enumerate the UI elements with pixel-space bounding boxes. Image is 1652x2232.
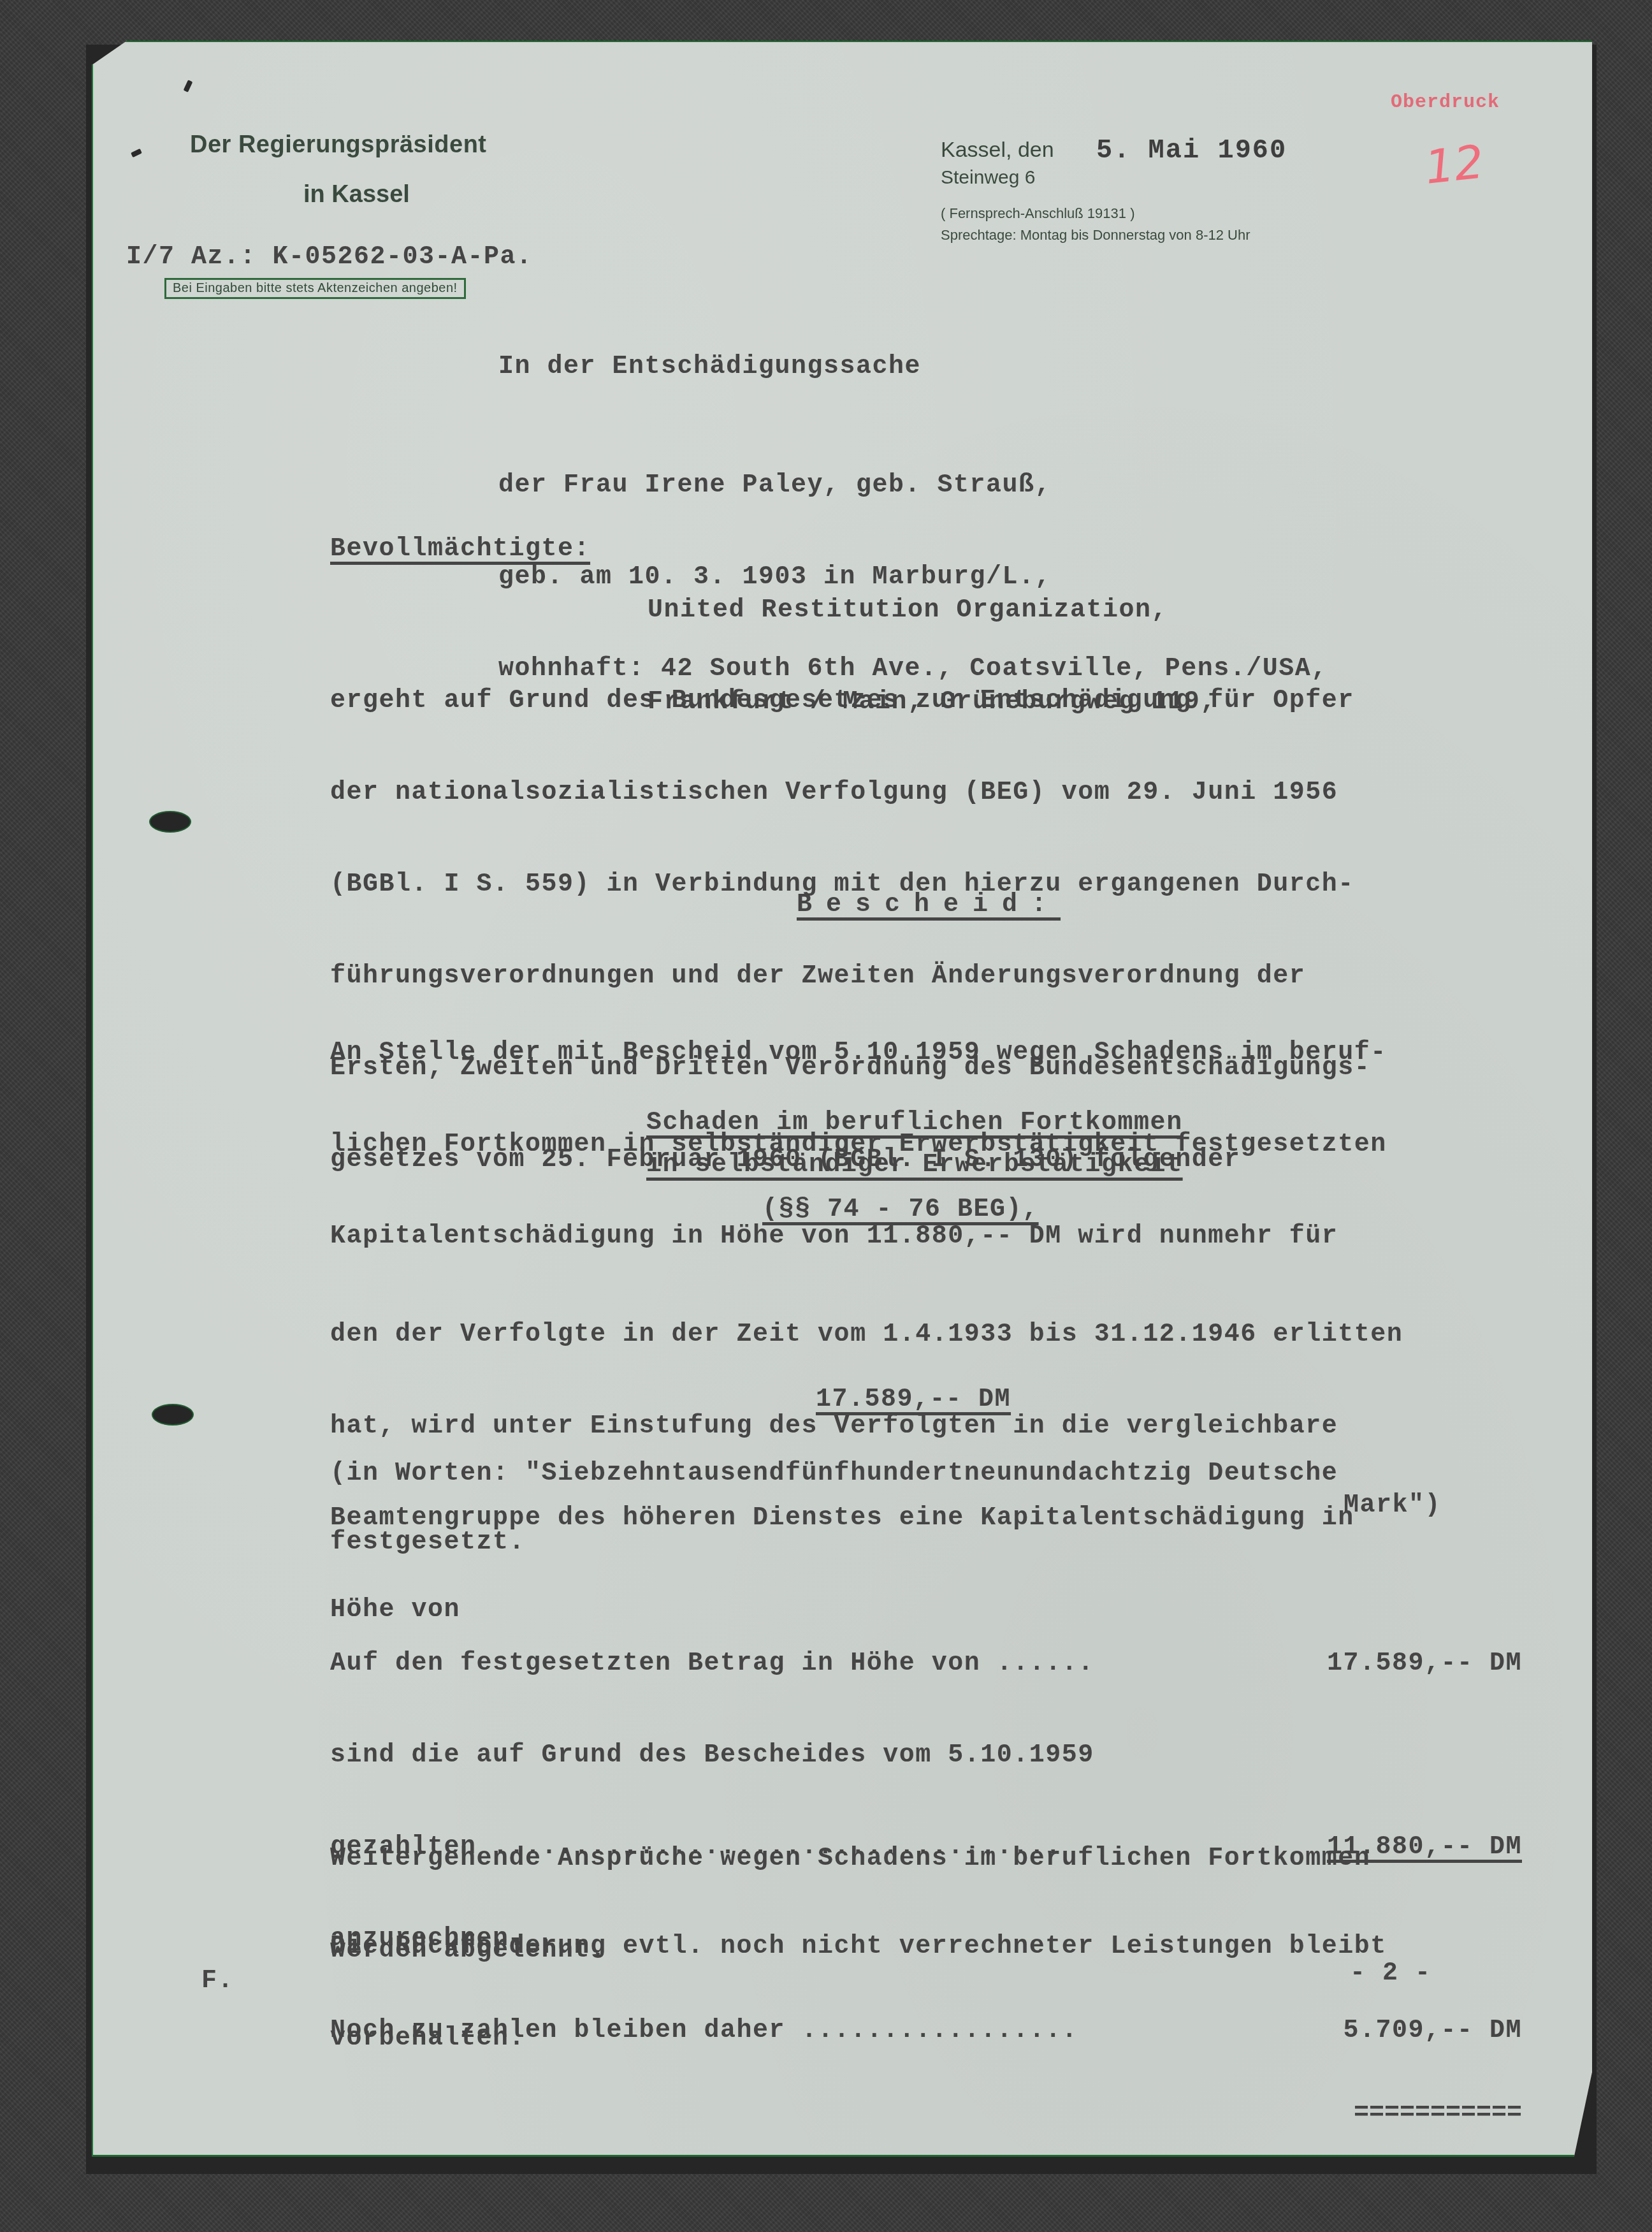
amount-in-words: (in Worten: "Siebzehntausendfünfhundertn…: [330, 1459, 1338, 1489]
pen-mark: [184, 80, 193, 92]
calc-amount-total: 17.589,-- DM: [1305, 1649, 1522, 1679]
paragraph-line: Die Rückforderung evtl. noch nicht verre…: [330, 1932, 1387, 1962]
street-address: Steinweg 6: [941, 167, 1035, 189]
authority-name: Der Regierungspräsident: [190, 131, 487, 159]
preamble-line: der nationalsozialistischen Verfolgung (…: [330, 778, 1370, 808]
page-marker: - 2 -: [1350, 1958, 1431, 1989]
calc-row-label: sind die auf Grund des Bescheides vom 5.…: [330, 1740, 1094, 1771]
calc-amount-blank: [1305, 1740, 1522, 1771]
office-hours: Sprechtage: Montag bis Donnerstag von 8-…: [941, 227, 1250, 244]
pen-mark: [131, 149, 142, 157]
folio-number: 12: [1423, 135, 1486, 194]
preamble-line: ergeht auf Grund des Bundesgesetzes zur …: [330, 686, 1370, 717]
document-date: 5. Mai 1960: [1096, 135, 1287, 166]
decision-intro-line: An Stelle der mit Bescheid vom 5.10.1959…: [330, 1038, 1387, 1069]
stamp-oberdruck: Oberdruck: [1391, 92, 1500, 113]
paragraph-line: vorbehalten.: [330, 2024, 1387, 2054]
awarded-amount: 17.589,-- DM: [816, 1385, 1011, 1415]
document-page: Der Regierungspräsident in Kassel Kassel…: [92, 41, 1592, 2157]
case-intro: In der Entschädigungssache: [498, 352, 921, 383]
calc-row-label: Auf den festgesetzten Betrag in Höhe von…: [330, 1649, 1094, 1679]
subject-line-3: (§§ 74 - 76 BEG),: [762, 1195, 1039, 1225]
file-reference: I/7 Az.: K-05262-03-A-Pa.: [126, 242, 533, 273]
representative-line: United Restitution Organization,: [648, 595, 1217, 626]
decision-heading: Bescheid:: [797, 890, 1061, 921]
place-label: Kassel, den: [941, 138, 1054, 163]
reference-note: Bei Eingaben bitte stets Aktenzeichen an…: [164, 278, 466, 299]
paragraph-line: Weitergehende Ansprüche wegen Schadens i…: [330, 1844, 1370, 1874]
reclaim-paragraph: Die Rückforderung evtl. noch nicht verre…: [330, 1871, 1387, 2115]
punch-hole: [149, 811, 191, 833]
amount-in-words-cont: Mark"): [1344, 1491, 1441, 1521]
subject-line-1: Schaden im beruflichen Fortkommen: [646, 1108, 1183, 1139]
punch-hole: [152, 1404, 194, 1426]
legal-reference: (§§ 74 - 76 BEG),: [762, 1195, 1039, 1224]
decision-body-line: den der Verfolgte in der Zeit vom 1.4.19…: [330, 1320, 1403, 1350]
decision-body-line: hat, wird unter Einstufung des Verfolgte…: [330, 1411, 1403, 1442]
representative-label: Bevollmächtigte:: [330, 534, 590, 565]
decision-intro-line: Kapitalentschädigung in Höhe von 11.880,…: [330, 1222, 1387, 1252]
subject-line-2: in selbständiger Erwerbstätigkeit: [646, 1150, 1183, 1181]
phone-number: ( Fernsprech-Anschluß 19131 ): [941, 205, 1134, 222]
authority-location: in Kassel: [303, 181, 410, 208]
typist-initial: F.: [201, 1966, 234, 1997]
decision-closing: festgesetzt.: [330, 1528, 525, 1558]
claimant-line: der Frau Irene Paley, geb. Strauß,: [498, 470, 1328, 501]
